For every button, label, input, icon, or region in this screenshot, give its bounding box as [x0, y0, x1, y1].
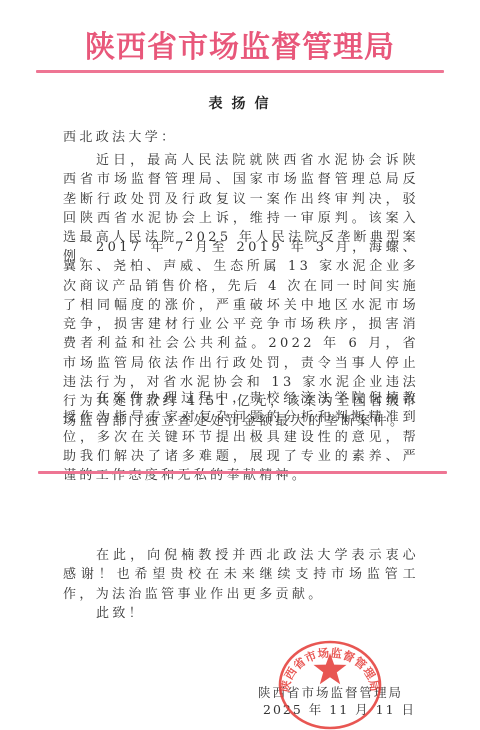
letter-body-paragraph-4: 在此，向倪楠教授并西北政法大学表示衷心感谢！也希望贵校在未来继续支持市场监管工作… — [63, 546, 419, 604]
closing-salute: 此致！ — [63, 604, 419, 623]
letter-page: 陕西省市场监督管理局 表扬信 西北政法大学： 近日，最高人民法院就陕西省水泥协会… — [0, 0, 480, 730]
letterhead-divider — [36, 70, 444, 73]
signature-organization: 陕西省市场监督管理局 — [258, 684, 403, 701]
paragraph-text: 在此，向倪楠教授并西北政法大学表示衷心感谢！也希望贵校在未来继续支持市场监管工作… — [63, 546, 419, 604]
letter-date: 2025 年 11 月 11 日 — [263, 701, 416, 718]
salutation: 西北政法大学： — [63, 128, 419, 147]
letter-title: 表扬信 — [0, 94, 480, 114]
organization-letterhead: 陕西省市场监督管理局 — [64, 28, 416, 68]
star-icon — [314, 653, 347, 684]
section-divider — [38, 471, 447, 474]
